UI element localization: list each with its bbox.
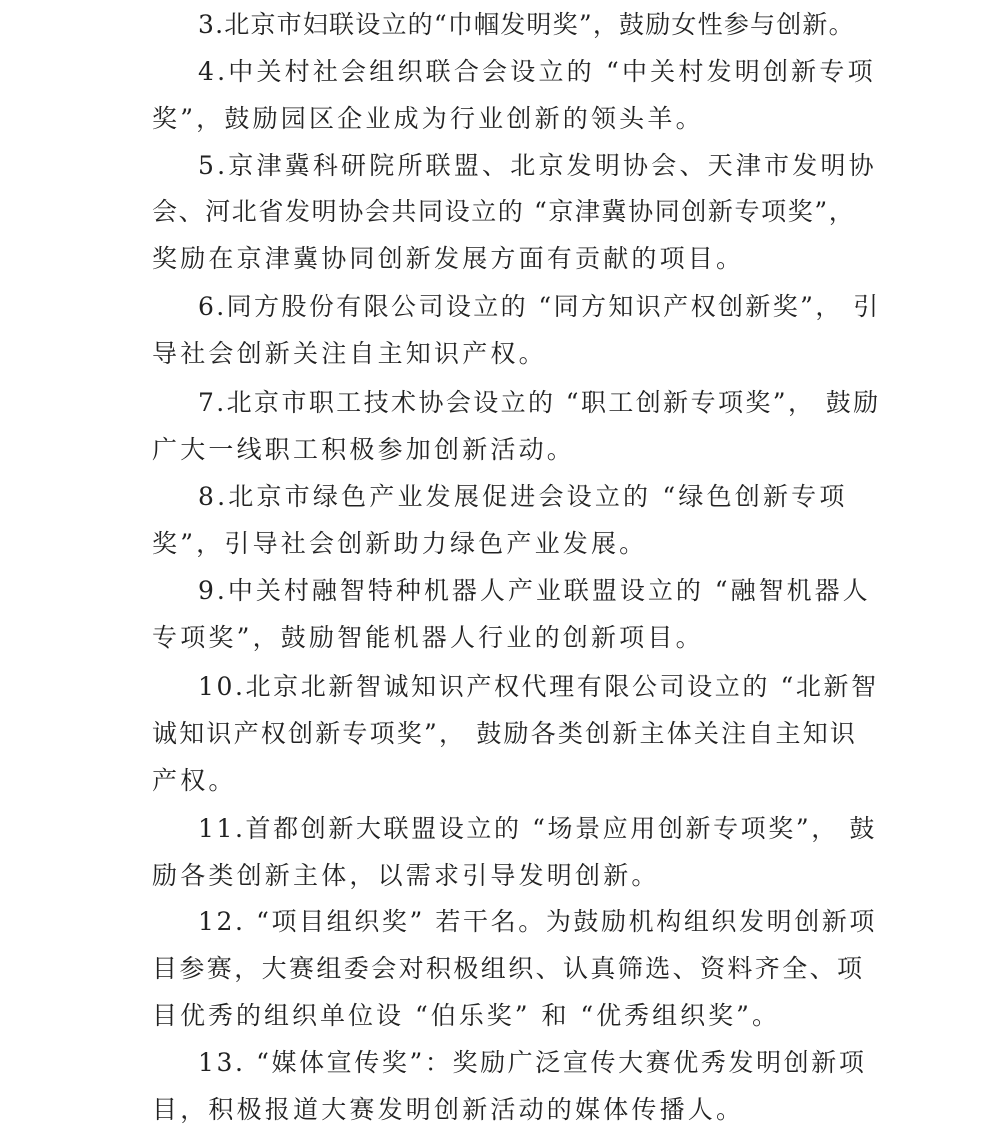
- text-line: 12. “项目组织奖” 若干名。为鼓励机构组织发明创新项: [198, 899, 877, 945]
- text-line: 产权。: [152, 758, 237, 804]
- text-line: 目优秀的组织单位设 “伯乐奖” 和 “优秀组织奖”。: [152, 993, 780, 1039]
- text-line: 奖”，鼓励园区企业成为行业创新的领头羊。: [152, 96, 704, 142]
- text-line: 会、河北省发明协会共同设立的 “京津冀协同创新专项奖”，: [152, 189, 855, 235]
- text-line: 目参赛，大赛组委会对积极组织、认真筛选、资料齐全、项: [152, 946, 864, 992]
- text-line: 7.北京市职工技术协会设立的 “职工创新专项奖”， 鼓励: [198, 380, 881, 426]
- text-line: 10.北京北新智诚知识产权代理有限公司设立的 “北新智: [198, 664, 879, 710]
- text-line: 励各类创新主体，以需求引导发明创新。: [152, 853, 660, 899]
- text-line: 5.京津冀科研院所联盟、北京发明协会、天津市发明协: [198, 143, 877, 189]
- text-line: 3.北京市妇联设立的“巾帼发明奖”，鼓励女性参与创新。: [198, 2, 855, 48]
- text-line: 目，积极报道大赛发明创新活动的媒体传播人。: [152, 1087, 744, 1133]
- text-line: 6.同方股份有限公司设立的 “同方知识产权创新奖”， 引: [198, 284, 881, 330]
- text-line: 13. “媒体宣传奖”：奖励广泛宣传大赛优秀发明创新项: [198, 1040, 866, 1086]
- text-line: 诚知识产权创新专项奖”， 鼓励各类创新主体关注自主知识: [152, 711, 857, 757]
- text-line: 11.首都创新大联盟设立的 “场景应用创新专项奖”， 鼓: [198, 806, 877, 852]
- text-line: 导社会创新关注自主知识产权。: [152, 331, 547, 377]
- text-line: 专项奖”，鼓励智能机器人行业的创新项目。: [152, 615, 704, 661]
- text-line: 4.中关村社会组织联合会设立的 “中关村发明创新专项: [198, 49, 876, 95]
- text-line: 广大一线职工积极参加创新活动。: [152, 427, 575, 473]
- text-line: 奖”，引导社会创新助力绿色产业发展。: [152, 521, 647, 567]
- text-line: 9.中关村融智特种机器人产业联盟设立的 “融智机器人: [198, 568, 871, 614]
- text-line: 8.北京市绿色产业发展促进会设立的 “绿色创新专项: [198, 474, 848, 520]
- text-line: 奖励在京津冀协同创新发展方面有贡献的项目。: [152, 236, 744, 282]
